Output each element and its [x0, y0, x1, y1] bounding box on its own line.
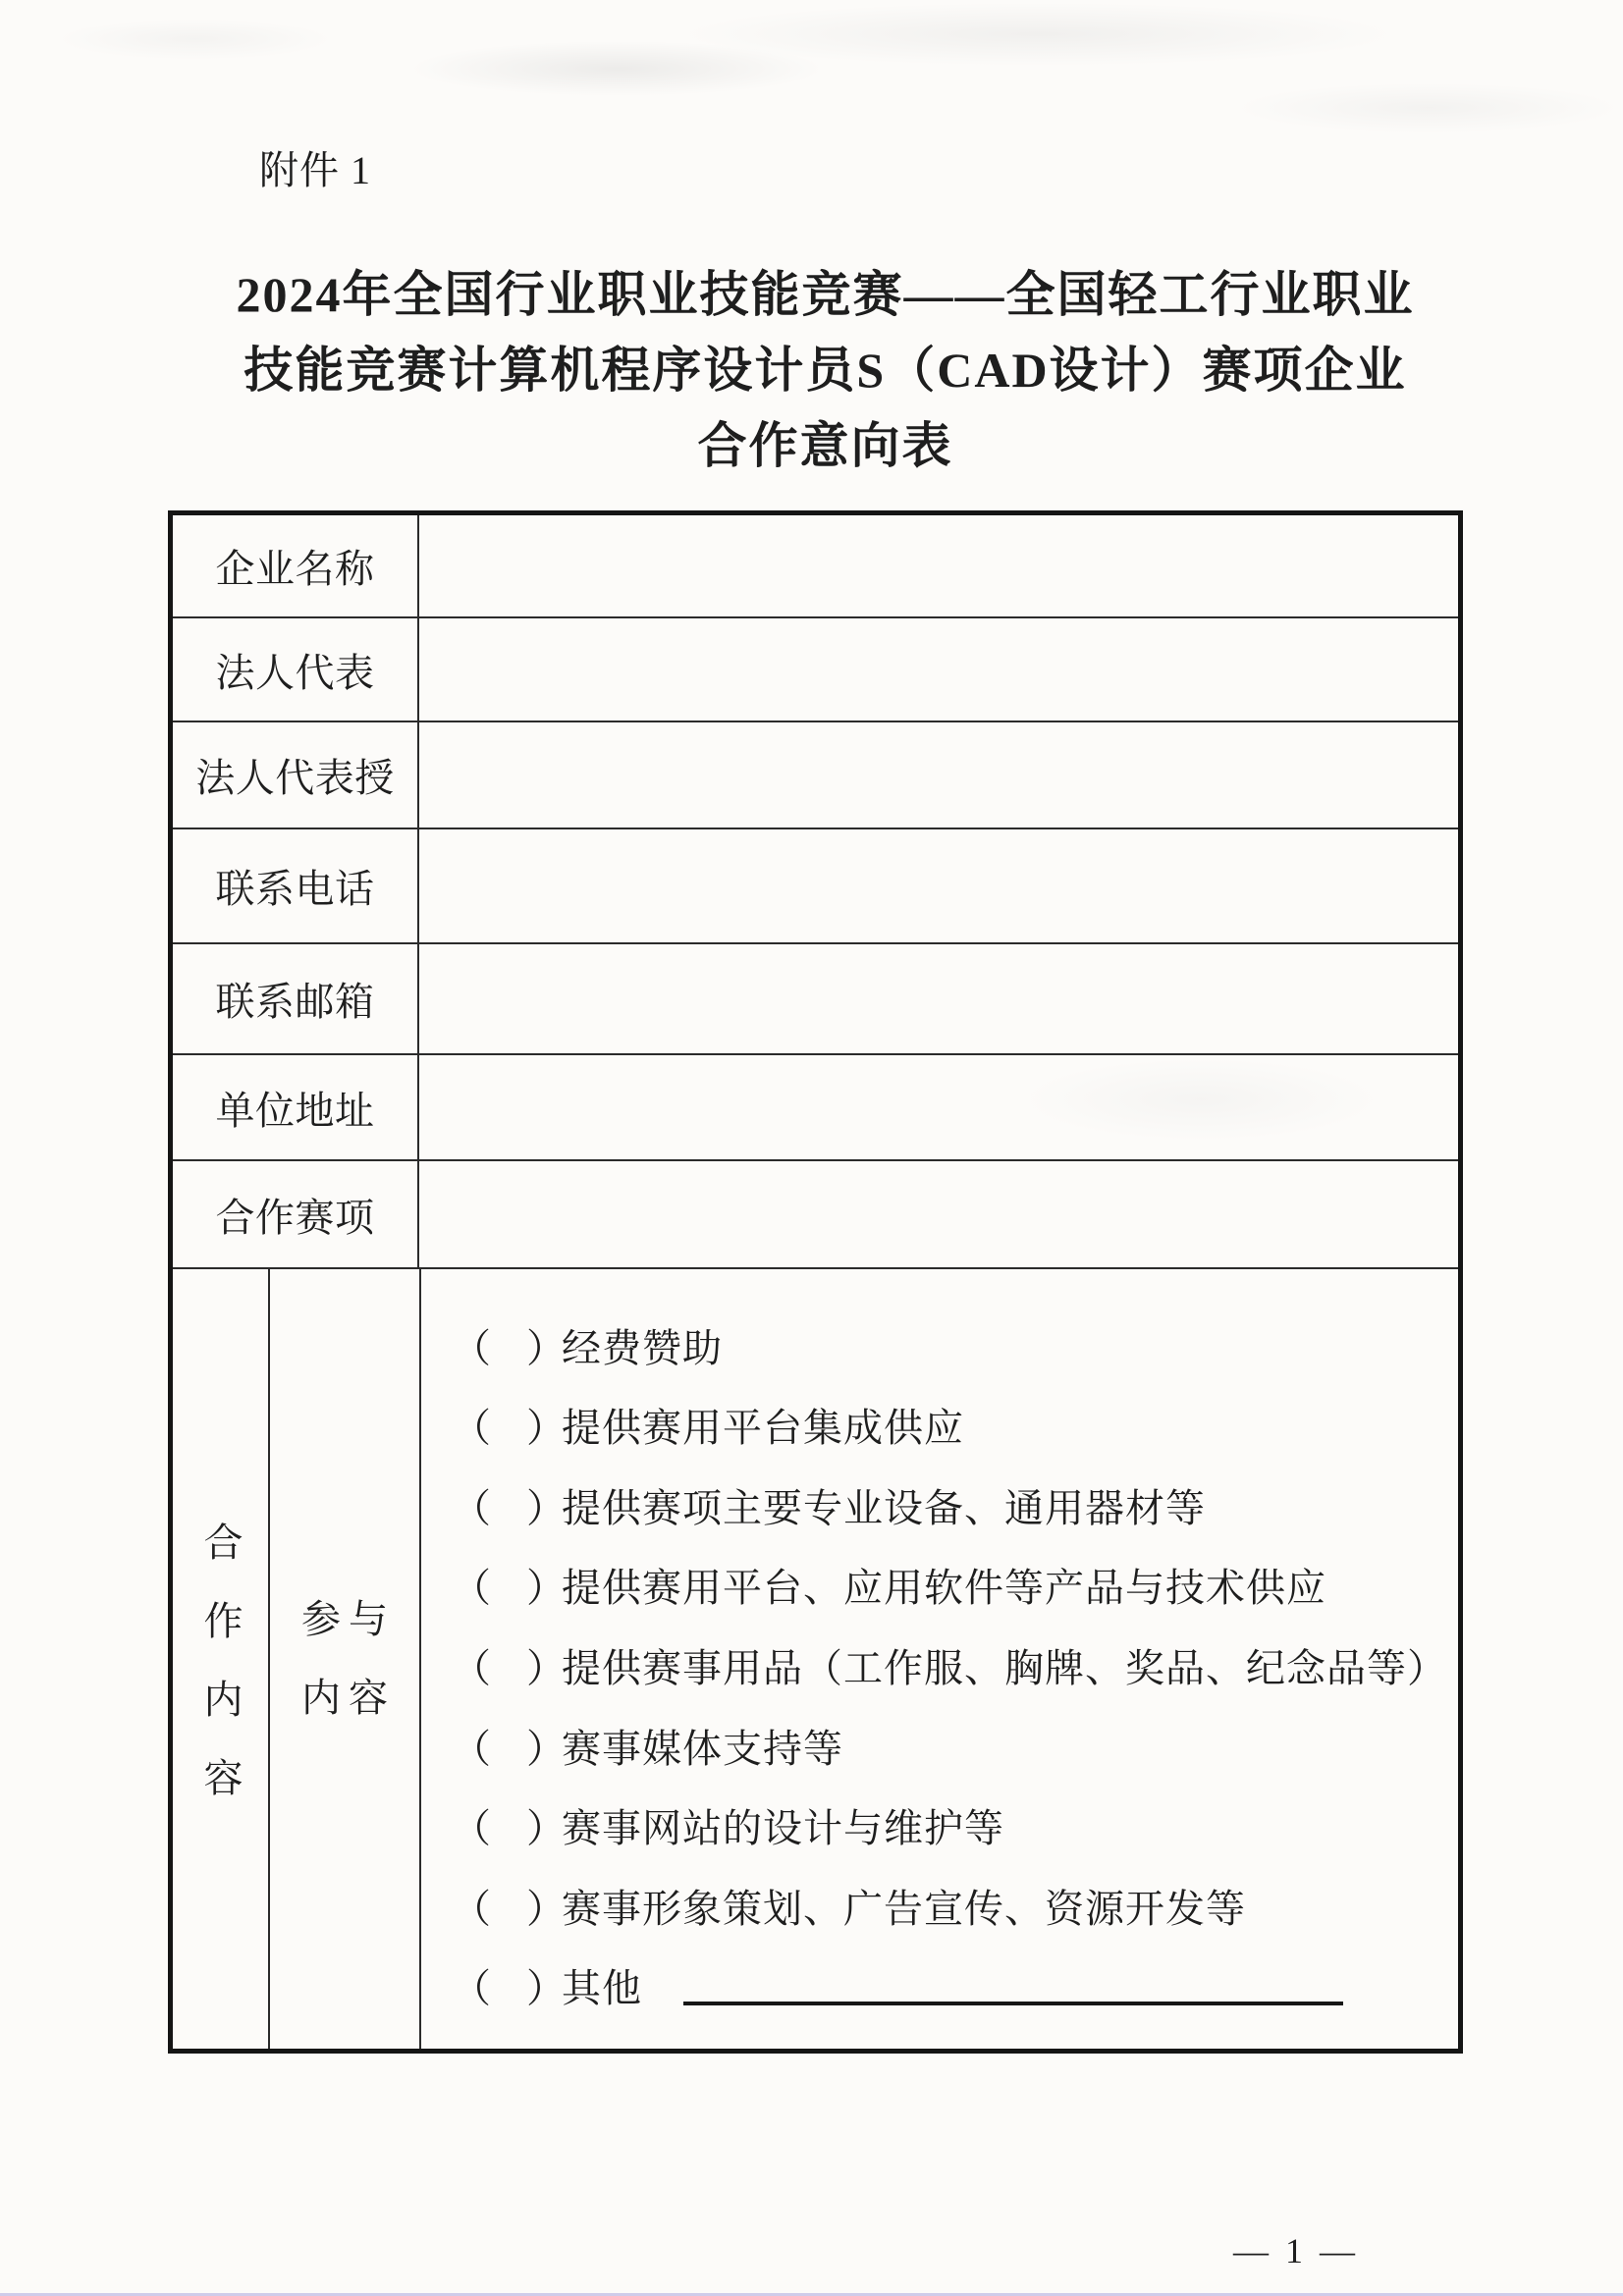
field-value-cell: [419, 515, 1458, 616]
option-item-website: （ ）赛事网站的设计与维护等: [452, 1806, 1450, 1851]
cooperation-options-list: （ ）经费赞助 （ ）提供赛用平台集成供应 （ ）提供赛项主要专业设备、通用器材…: [421, 1269, 1458, 2049]
option-item-other: （ ）其他: [452, 1966, 1450, 2011]
option-item-media-support: （ ）赛事媒体支持等: [452, 1727, 1450, 1772]
checkbox-parentheses: （ ）: [452, 1966, 562, 2011]
option-label: 提供赛项主要专业设备、通用器材等: [562, 1486, 1206, 1530]
option-label: 提供赛用平台集成供应: [562, 1406, 964, 1450]
field-value-cell: [419, 829, 1458, 942]
option-item-equipment: （ ）提供赛项主要专业设备、通用器材等: [452, 1486, 1450, 1531]
title-line-3: 合作意向表: [14, 408, 1623, 484]
option-label: 赛事网站的设计与维护等: [562, 1806, 1004, 1850]
title-line-2: 技能竞赛计算机程序设计员S（CAD设计）赛项企业: [14, 333, 1623, 408]
option-label: 赛事媒体支持等: [562, 1727, 843, 1771]
field-value-cell: [419, 618, 1458, 721]
checkbox-parentheses: （ ）: [452, 1646, 562, 1691]
field-label-cooperation-event: 合作赛项: [173, 1161, 419, 1267]
field-label-contact-email: 联系邮箱: [173, 944, 419, 1053]
option-item-software-supply: （ ）提供赛用平台、应用软件等产品与技术供应: [452, 1566, 1450, 1611]
option-item-event-supplies: （ ）提供赛事用品（工作服、胸牌、奖品、纪念品等）: [452, 1646, 1450, 1691]
checkbox-parentheses: （ ）: [452, 1727, 562, 1772]
option-label: 其他: [562, 1966, 642, 2010]
option-label: 赛事形象策划、广告宣传、资源开发等: [562, 1887, 1246, 1931]
option-item-funding: （ ）经费赞助: [452, 1326, 1450, 1371]
checkbox-parentheses: （ ）: [452, 1486, 562, 1531]
option-label: 经费赞助: [562, 1326, 723, 1370]
field-label-company-name: 企业名称: [173, 515, 419, 616]
checkbox-parentheses: （ ）: [452, 1566, 562, 1611]
option-item-branding: （ ）赛事形象策划、广告宣传、资源开发等: [452, 1887, 1450, 1932]
table-row: 合作赛项: [173, 1161, 1458, 1269]
cooperation-content-row: 合作内容 参与 内容 （ ）经费赞助 （ ）提供赛用平台集成供应 （ ）提供赛项…: [173, 1269, 1458, 2049]
option-item-platform-integration: （ ）提供赛用平台集成供应: [452, 1406, 1450, 1451]
field-label-legal-representative: 法人代表: [173, 618, 419, 721]
checkbox-parentheses: （ ）: [452, 1406, 562, 1451]
attachment-label: 附件 1: [259, 147, 371, 194]
participation-content-label-cell: 参与 内容: [270, 1269, 421, 2049]
checkbox-parentheses: （ ）: [452, 1887, 562, 1932]
page-number: — 1 —: [1233, 2230, 1359, 2271]
field-value-cell: [419, 1055, 1458, 1159]
checkbox-parentheses: （ ）: [452, 1326, 562, 1371]
scanned-document-page: 附件 1 2024年全国行业职业技能竞赛——全国轻工行业职业 技能竞赛计算机程序…: [0, 0, 1623, 2296]
table-row: 联系电话: [173, 829, 1458, 944]
option-label: 提供赛事用品（工作服、胸牌、奖品、纪念品等）: [562, 1646, 1447, 1690]
field-label-legal-representative-authorized: 法人代表授: [173, 722, 419, 828]
participation-label-line-1: 参与: [301, 1580, 396, 1659]
option-label: 提供赛用平台、应用软件等产品与技术供应: [562, 1566, 1326, 1610]
title-line-1: 2024年全国行业职业技能竞赛——全国轻工行业职业: [14, 257, 1623, 333]
cooperation-intent-table: 企业名称 法人代表 法人代表授 联系电话 联系邮箱 单位地址 合作赛项: [168, 510, 1463, 2054]
field-value-cell: [419, 722, 1458, 828]
field-value-cell: [419, 1161, 1458, 1267]
table-row: 法人代表授: [173, 722, 1458, 829]
cooperation-content-label-cell: 合作内容: [173, 1269, 270, 2049]
field-value-cell: [419, 944, 1458, 1053]
checkbox-parentheses: （ ）: [452, 1806, 562, 1851]
cooperation-content-label: 合作内容: [192, 1522, 248, 1836]
field-label-contact-phone: 联系电话: [173, 829, 419, 942]
table-row: 法人代表: [173, 618, 1458, 722]
document-title: 2024年全国行业职业技能竞赛——全国轻工行业职业 技能竞赛计算机程序设计员S（…: [14, 257, 1623, 484]
table-row: 单位地址: [173, 1055, 1458, 1161]
participation-label-line-2: 内容: [301, 1659, 396, 1737]
table-row: 企业名称: [173, 515, 1458, 618]
table-row: 联系邮箱: [173, 944, 1458, 1055]
field-label-company-address: 单位地址: [173, 1055, 419, 1159]
other-blank-line: [683, 1992, 1343, 2005]
